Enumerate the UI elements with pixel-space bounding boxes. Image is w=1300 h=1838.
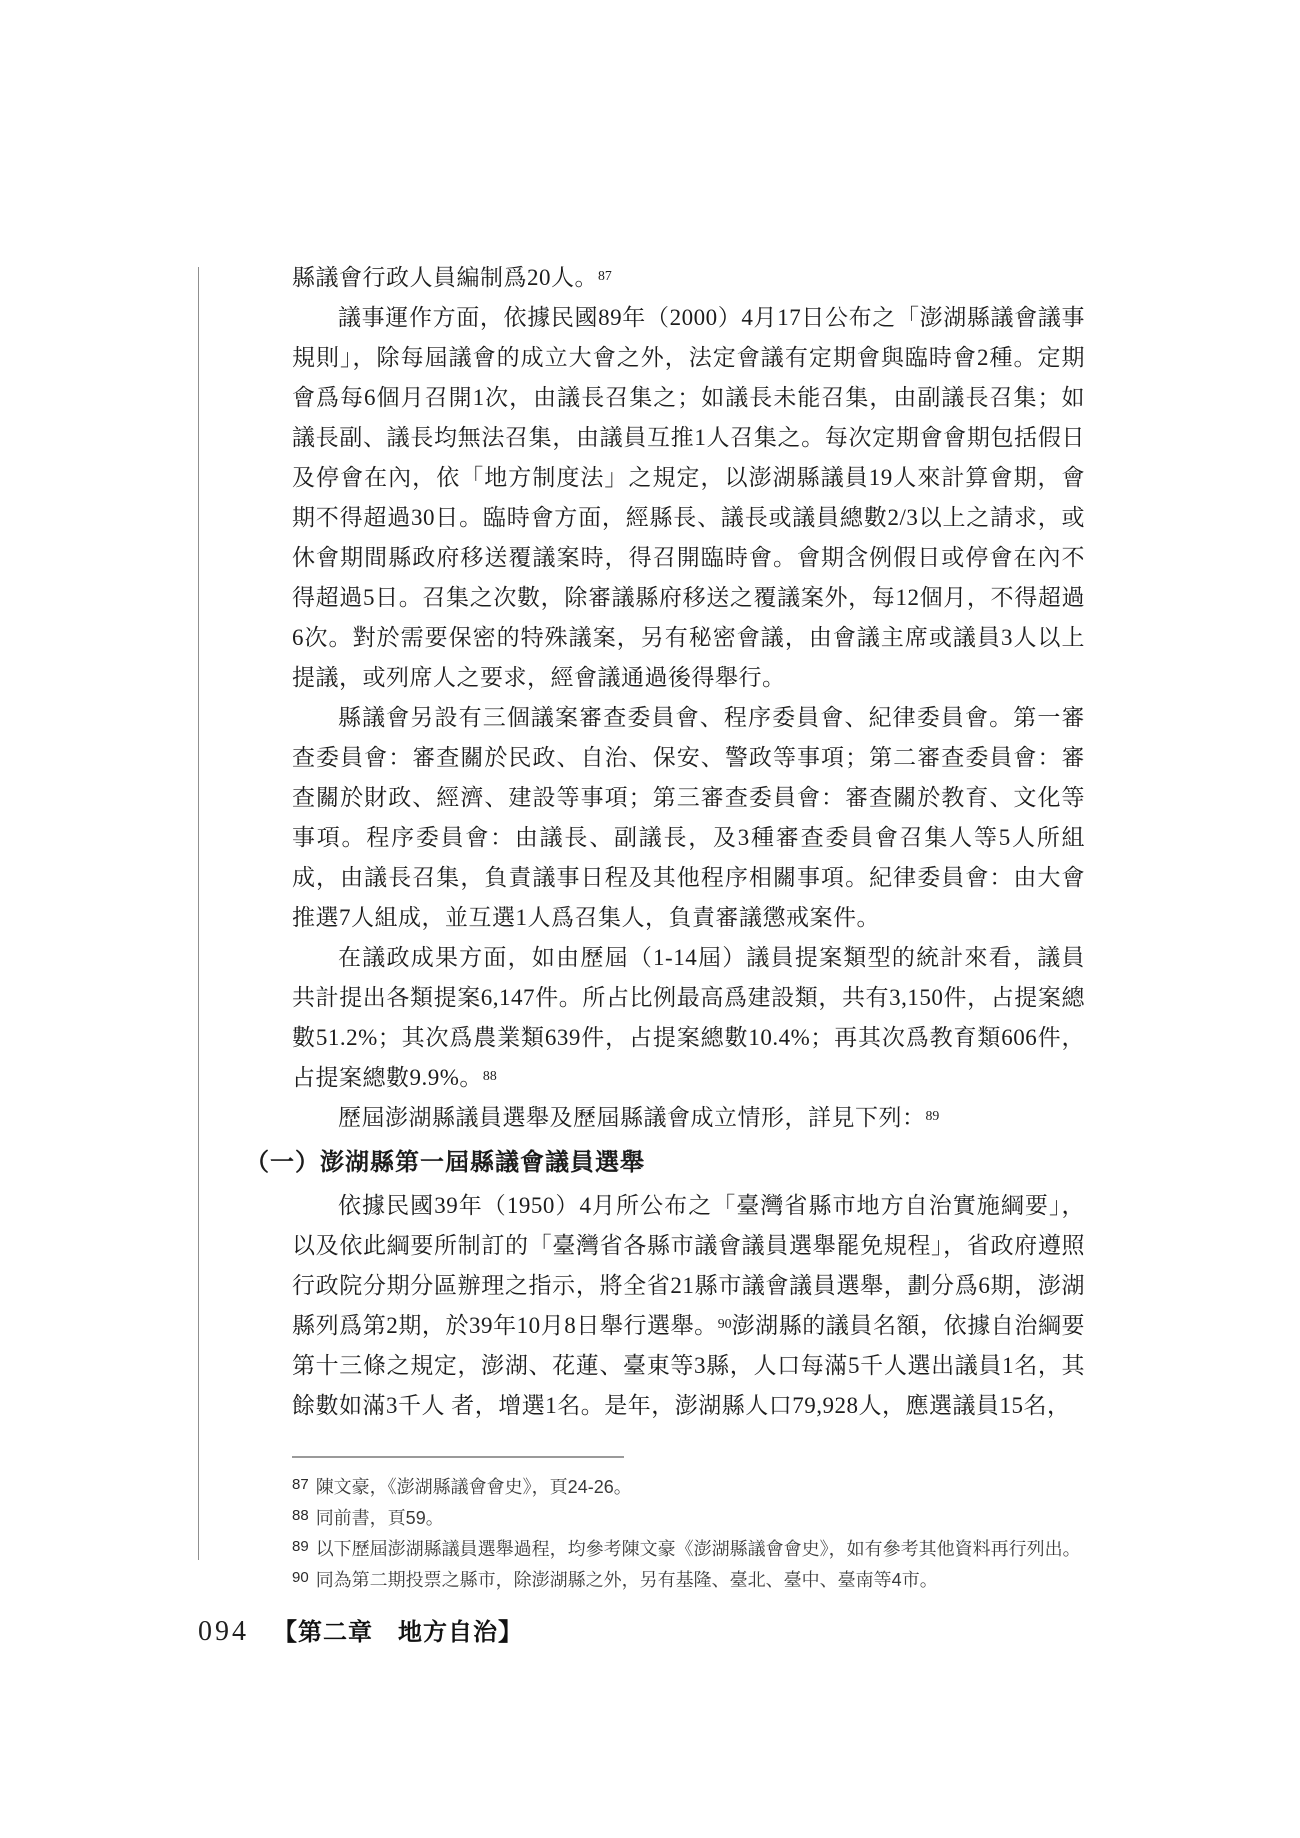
footnote-number: 90 [292, 1569, 309, 1586]
paragraph-4-text: 在議政成果方面，如由歷屆（1-14屆）議員提案類型的統計來看，議員共計提出各類提… [292, 945, 1085, 1090]
footnote: 87陳文豪，《澎湖縣議會會史》，頁24-26。 [292, 1472, 1085, 1503]
paragraph-1-text: 縣議會行政人員編制爲20人。 [292, 265, 598, 290]
footnote-ref-89: 89 [926, 1108, 940, 1123]
footnote-text: 同前書，頁59。 [316, 1508, 444, 1528]
footnote: 88同前書，頁59。 [292, 1503, 1085, 1534]
paragraph-2: 議事運作方面，依據民國89年（2000）4月17日公布之「澎湖縣議會議事規則」，… [245, 298, 1085, 698]
footnote: 90同為第二期投票之縣市，除澎湖縣之外，另有基隆、臺北、臺中、臺南等4市。 [292, 1565, 1085, 1596]
footnote-ref-88: 88 [483, 1068, 497, 1083]
paragraph-1: 縣議會行政人員編制爲20人。87 [245, 258, 1085, 298]
paragraph-5-text: 歷屆澎湖縣議員選舉及歷屆縣議會成立情形，詳見下列： [338, 1105, 926, 1130]
main-text: 縣議會行政人員編制爲20人。87 議事運作方面，依據民國89年（2000）4月1… [245, 258, 1085, 1596]
left-margin-rule [198, 267, 199, 1560]
footnote-ref-90: 90 [718, 1316, 732, 1331]
footnote-text: 以下歷屆澎湖縣議員選舉過程，均參考陳文豪《澎湖縣議會會史》，如有參考其他資料再行… [316, 1539, 1081, 1559]
footnotes-block: 87陳文豪，《澎湖縣議會會史》，頁24-26。 88同前書，頁59。 89以下歷… [245, 1458, 1085, 1596]
footnote-number: 89 [292, 1538, 309, 1555]
paragraph-4: 在議政成果方面，如由歷屆（1-14屆）議員提案類型的統計來看，議員共計提出各類提… [245, 938, 1085, 1098]
paragraph-3: 縣議會另設有三個議案審查委員會、程序委員會、紀律委員會。第一審查委員會：審查關於… [245, 698, 1085, 938]
footnote-number: 88 [292, 1507, 309, 1524]
page-number: 094 [198, 1616, 249, 1648]
section-heading: （一）澎湖縣第一屆縣議會議員選舉 [245, 1143, 1085, 1183]
footnote: 89以下歷屆澎湖縣議員選舉過程，均參考陳文豪《澎湖縣議會會史》，如有參考其他資料… [292, 1534, 1085, 1565]
page-footer: 094 【第二章 地方自治】 [198, 1612, 523, 1648]
footnote-text: 同為第二期投票之縣市，除澎湖縣之外，另有基隆、臺北、臺中、臺南等4市。 [316, 1570, 938, 1590]
footnote-text: 陳文豪，《澎湖縣議會會史》，頁24-26。 [316, 1477, 632, 1497]
paragraph-6: 依據民國39年（1950）4月所公布之「臺灣省縣市地方自治實施綱要」，以及依此綱… [245, 1186, 1085, 1426]
footnote-number: 87 [292, 1476, 309, 1493]
footnote-ref-87: 87 [598, 268, 612, 283]
paragraph-5: 歷屆澎湖縣議員選舉及歷屆縣議會成立情形，詳見下列：89 [245, 1098, 1085, 1138]
chapter-title: 【第二章 地方自治】 [273, 1612, 523, 1647]
